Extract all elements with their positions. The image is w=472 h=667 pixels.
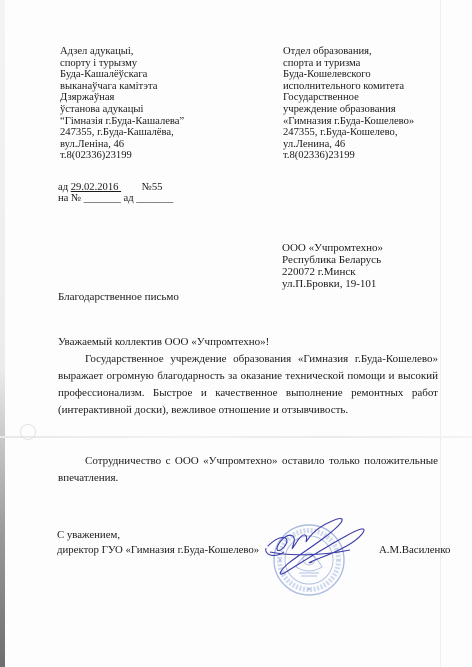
letterhead-line: вул.Леніна, 46 xyxy=(60,139,184,151)
letterhead-line: ул.Ленина, 46 xyxy=(283,139,414,151)
reply-reference: на № _______ ад _______ xyxy=(58,193,173,204)
fold-line xyxy=(0,436,472,438)
letterhead-line: Буда-Кашалёўскага xyxy=(60,69,184,81)
letterhead-line: спорта и туризма xyxy=(283,58,414,70)
date-prefix: ад xyxy=(58,182,68,193)
addressee-block: ООО «Учпромтехно» Республика Беларусь 22… xyxy=(282,242,383,290)
letter-number: №55 xyxy=(142,182,163,193)
signatory-name: А.М.Василенко xyxy=(379,544,450,556)
letterhead-line: Отдел образования, xyxy=(283,46,414,58)
letterhead-line: «Гимназия г.Буда-Кошелево» xyxy=(283,116,414,128)
signatory-position: директор ГУО «Гимназия г.Буда-Кошелево» xyxy=(57,544,259,556)
reference-block: ад 29.02.2016 №55 на № _______ ад ______… xyxy=(58,182,173,204)
letterhead-line: ўстанова адукацыі xyxy=(60,104,184,116)
handwritten-signature-icon xyxy=(250,512,380,592)
punch-hole-mark xyxy=(20,424,36,440)
letterhead-line: 247355, г.Буда-Кашалёва, xyxy=(60,127,184,139)
letterhead-line: Адзел адукацыі, xyxy=(60,46,184,58)
letter-date: 29.02.2016 xyxy=(71,182,121,193)
letterhead-line: Государственное xyxy=(283,92,414,104)
letterhead-line: выканаўчага камітэта xyxy=(60,81,184,93)
letterhead-line: Дзяржаўная xyxy=(60,92,184,104)
body-paragraph: Государственное учреждение образования «… xyxy=(58,351,438,419)
addressee-line: ООО «Учпромтехно» xyxy=(282,242,383,254)
letterhead-russian: Отдел образования, спорта и туризма Буда… xyxy=(283,46,414,162)
addressee-line: 220072 г.Минск xyxy=(282,266,383,278)
salutation: Уважаемый коллектив ООО «Учпромтехно»! xyxy=(58,334,438,351)
closing: С уважением, xyxy=(57,527,120,544)
letterhead-line: т.8(02336)23199 xyxy=(60,150,184,162)
page-crease xyxy=(440,0,441,667)
scanned-letter-page: Адзел адукацыі, спорту і турызму Буда-Ка… xyxy=(0,0,472,667)
outgoing-reference: ад 29.02.2016 №55 xyxy=(58,182,173,193)
addressee-line: Республика Беларусь xyxy=(282,254,383,266)
letterhead-line: Буда-Кошелевского xyxy=(283,69,414,81)
scan-edge-shadow xyxy=(0,0,5,667)
letterhead-belarusian: Адзел адукацыі, спорту і турызму Буда-Ка… xyxy=(60,46,184,162)
letterhead-line: 247355, г.Буда-Кошелево, xyxy=(283,127,414,139)
addressee-line: ул.П.Бровки, 19-101 xyxy=(282,278,383,290)
letterhead-line: т.8(02336)23199 xyxy=(283,150,414,162)
letterhead-line: учреждение образования xyxy=(283,104,414,116)
letterhead-line: исполнительного комитета xyxy=(283,81,414,93)
letterhead-line: спорту і турызму xyxy=(60,58,184,70)
letterhead-line: “Гімназія г.Буда-Кашалева” xyxy=(60,116,184,128)
letter-title: Благодарственное письмо xyxy=(58,292,179,304)
body-paragraph: Сотрудничество с ООО «Учпромтехно» остав… xyxy=(58,453,438,487)
